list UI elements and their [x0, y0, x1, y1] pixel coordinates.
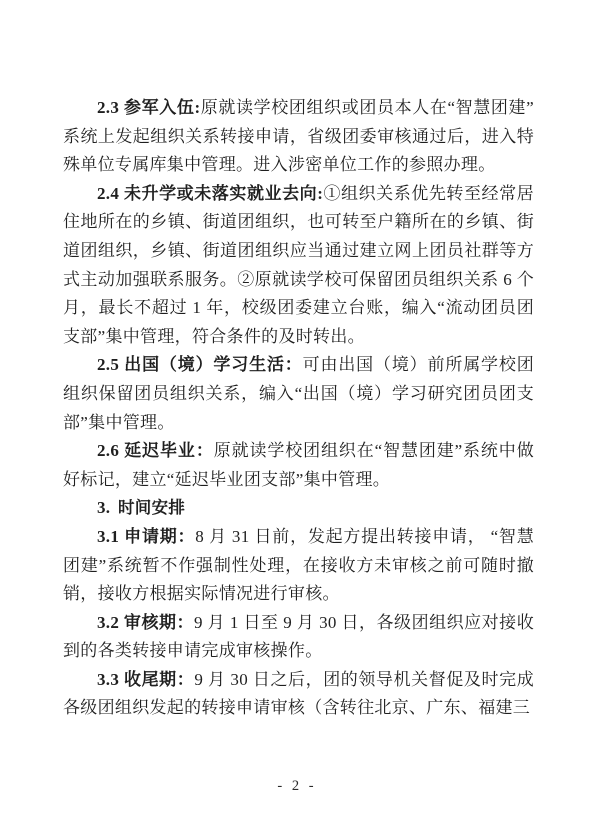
- paragraph-2-6-label: 2.6 延迟毕业：: [97, 441, 214, 460]
- paragraph-2-6: 2.6 延迟毕业：原就读学校团组织在“智慧团建”系统中做好标记，建立“延迟毕业团…: [63, 437, 534, 494]
- section-heading-title: 时间安排: [118, 499, 185, 517]
- paragraph-3-2: 3.2 审核期：9 月 1 日至 9 月 30 日，各级团组织应对接收到的各类转…: [63, 609, 534, 666]
- page-number: - 2 -: [0, 778, 594, 795]
- paragraph-2-5-label: 2.5 出国（境）学习生活：: [97, 355, 303, 374]
- paragraph-2-3-label: 2.3 参军入伍:: [97, 98, 200, 117]
- paragraph-3-1: 3.1 申请期：8 月 31 日前，发起方提出转接申请， “智慧团建”系统暂不作…: [63, 523, 534, 609]
- paragraph-3-1-label: 3.1 申请期：: [97, 527, 195, 546]
- paragraph-3-3: 3.3 收尾期：9 月 30 日之后，团的领导机关督促及时完成各级团组织发起的转…: [63, 666, 534, 723]
- paragraph-2-4: 2.4 未升学或未落实就业去向:①组织关系优先转至经常居住地所在的乡镇、街道团组…: [63, 180, 534, 352]
- document-body: 2.3 参军入伍:原就读学校团组织或团员本人在“智慧团建”系统上发起组织关系转接…: [63, 94, 534, 723]
- section-heading-number: 3.: [97, 498, 110, 517]
- paragraph-2-5: 2.5 出国（境）学习生活：可由出国（境）前所属学校团组织保留团员组织关系，编入…: [63, 351, 534, 437]
- paragraph-2-4-text: ①组织关系优先转至经常居住地所在的乡镇、街道团组织，也可转至户籍所在的乡镇、街道…: [63, 184, 534, 346]
- paragraph-3-2-label: 3.2 审核期：: [97, 613, 194, 632]
- paragraph-2-4-label: 2.4 未升学或未落实就业去向:: [97, 184, 323, 203]
- document-page: 2.3 参军入伍:原就读学校团组织或团员本人在“智慧团建”系统上发起组织关系转接…: [0, 0, 594, 840]
- section-heading-3: 3.时间安排: [63, 494, 534, 523]
- paragraph-2-3: 2.3 参军入伍:原就读学校团组织或团员本人在“智慧团建”系统上发起组织关系转接…: [63, 94, 534, 180]
- paragraph-3-3-label: 3.3 收尾期：: [97, 670, 194, 689]
